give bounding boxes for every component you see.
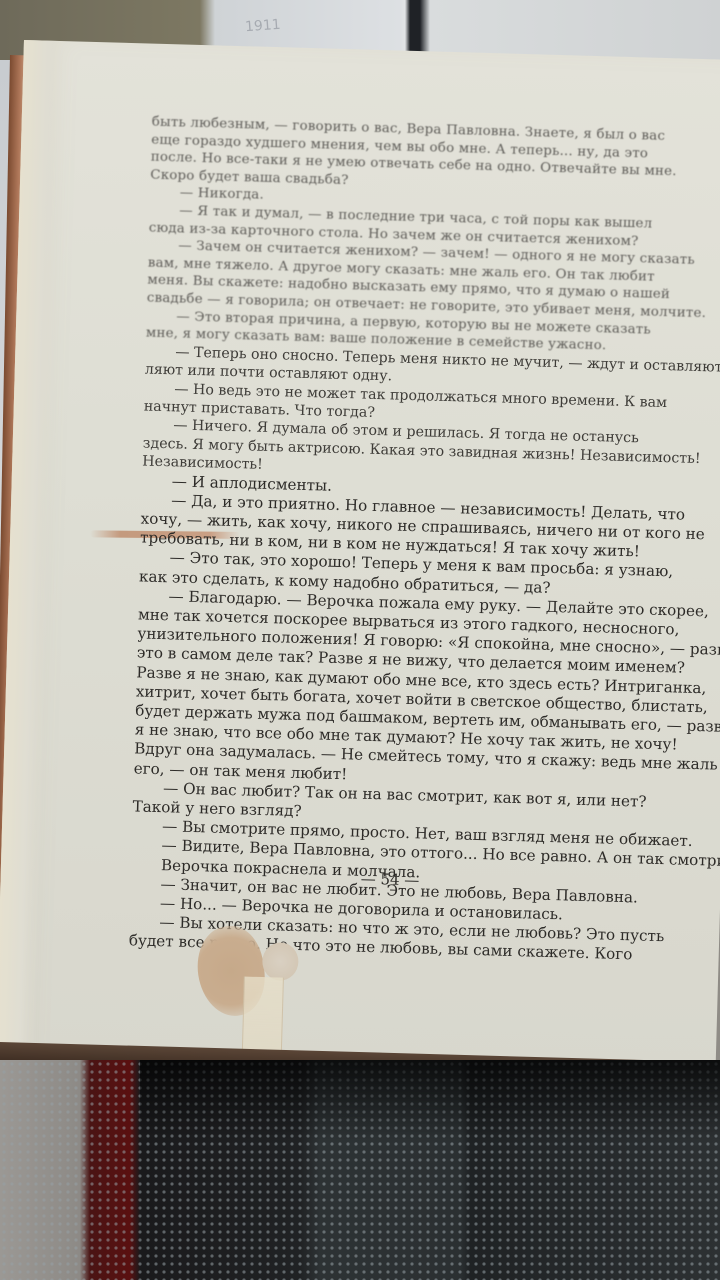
fabric-shadow <box>140 1060 720 1140</box>
page-number: — 54 — <box>360 870 419 890</box>
page-text: быть любезным, — говорить о вас, Вера Па… <box>129 114 720 969</box>
book-page: быть любезным, — говорить о вас, Вера Па… <box>0 40 720 1080</box>
background-scribble: 1911 <box>244 17 281 35</box>
stain-spot-small <box>262 942 299 981</box>
